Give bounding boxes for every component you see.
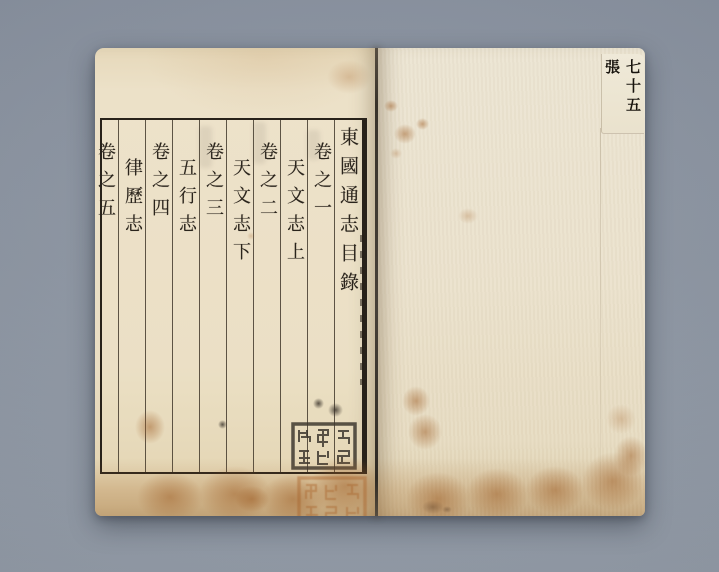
toc-text: 天文志上 (284, 158, 305, 270)
toc-column-volume-4: 卷之四 (145, 120, 172, 472)
stain (390, 148, 402, 159)
bottom-stain-band (378, 458, 645, 516)
show-through-mark (253, 122, 266, 164)
stain (384, 100, 398, 112)
toc-text: 律歷志 (122, 158, 143, 242)
toc-column-volume-5: 卷之五 (95, 120, 118, 472)
toc-column-volume-1: 卷之一 (307, 120, 334, 472)
toc-column-volume-3: 卷之三 (199, 120, 226, 472)
show-through-mark (199, 126, 212, 168)
stain (606, 404, 636, 434)
bottom-stain-band (95, 458, 375, 516)
toc-text: 卷之五 (95, 142, 116, 226)
toc-column-section-4: 律歷志 (118, 120, 145, 472)
stain (416, 118, 429, 130)
toc-table: 東國通志目錄 卷之一 天文志上 卷之二 天文志下 卷之三 五行志 卷之四 律歷志… (100, 118, 367, 474)
stain (408, 414, 442, 450)
toc-column-volume-2: 卷之二 (253, 120, 280, 472)
stain (402, 386, 430, 416)
toc-column-section-3: 五行志 (172, 120, 199, 472)
toc-title-text: 東國通志目錄 (337, 127, 359, 301)
stain (327, 60, 371, 94)
left-page: 東國通志目錄 卷之一 天文志上 卷之二 天文志下 卷之三 五行志 卷之四 律歷志… (95, 48, 375, 516)
photo-backdrop: 東國通志目錄 卷之一 天文志上 卷之二 天文志下 卷之三 五行志 卷之四 律歷志… (0, 0, 719, 572)
ink-roughness (360, 235, 364, 385)
open-book: 東國通志目錄 卷之一 天文志上 卷之二 天文志下 卷之三 五行志 卷之四 律歷志… (95, 48, 645, 516)
toc-column-title: 東國通志目錄 (334, 120, 362, 472)
toc-text: 天文志下 (230, 158, 251, 270)
right-page: 七十五張 (378, 48, 645, 516)
sheet-count-label: 七十五張 (601, 54, 644, 134)
toc-text: 五行志 (176, 158, 197, 242)
toc-text: 卷之四 (149, 142, 170, 226)
sheet-count-text: 七十五張 (602, 59, 644, 133)
toc-column-section-1: 天文志上 (280, 120, 307, 472)
show-through-mark (307, 130, 320, 160)
stain (394, 124, 416, 144)
stain (458, 208, 478, 224)
toc-column-section-2: 天文志下 (226, 120, 253, 472)
